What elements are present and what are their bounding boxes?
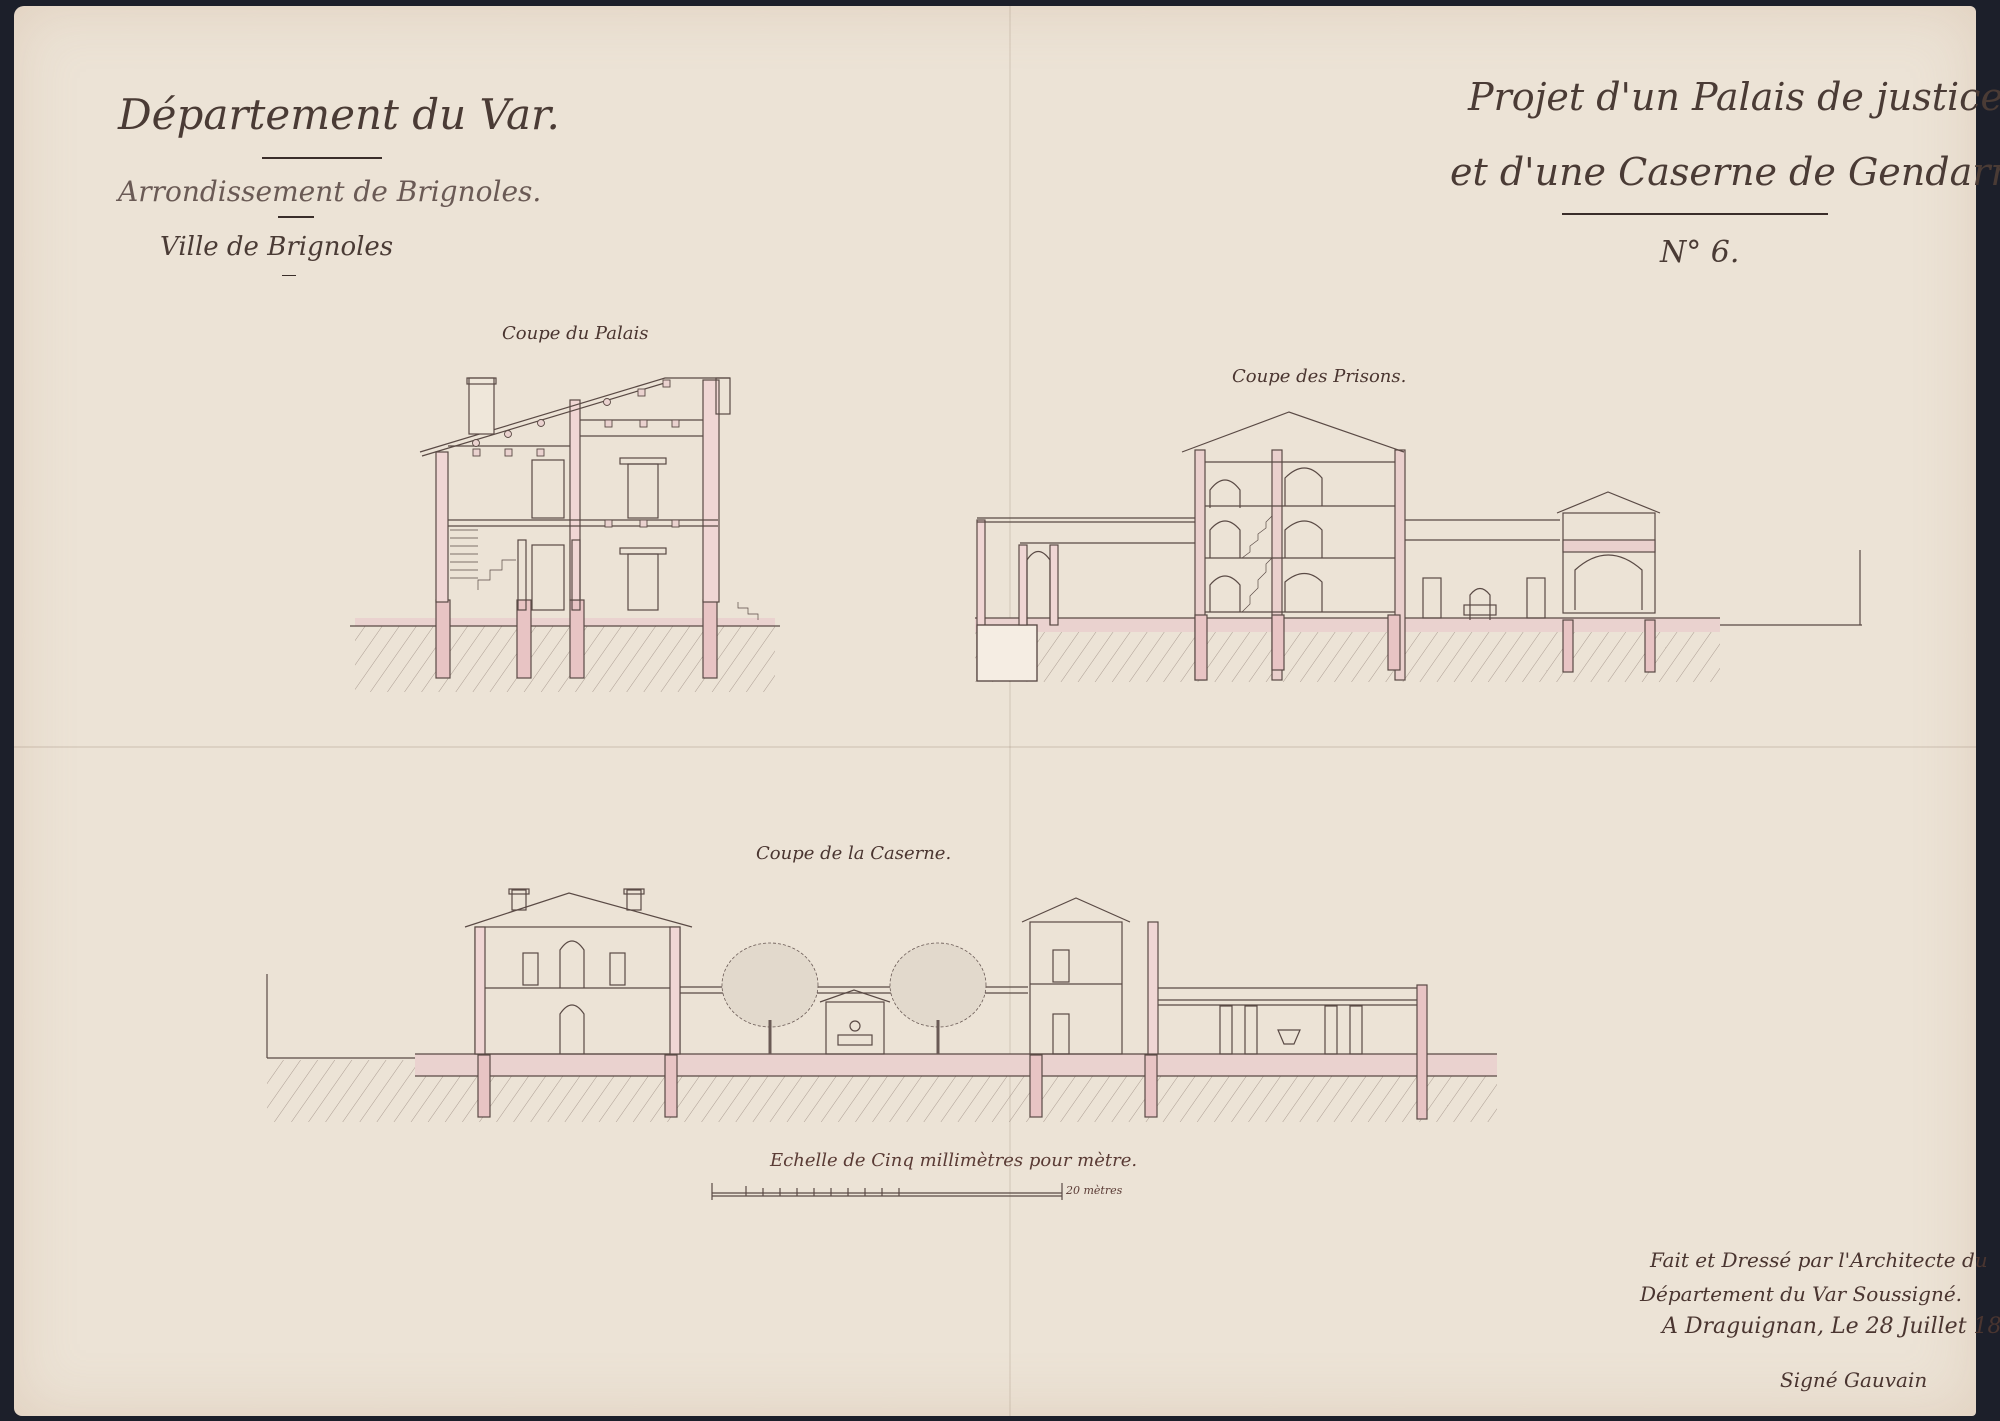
scale-title: Echelle de Cinq millimètres pour mètre. [770,1150,1137,1171]
signature-line3: A Draguignan, Le 28 Juillet 1833. [1662,1314,2000,1339]
signature-line4: Signé Gauvain [1780,1368,1927,1392]
caserne-section [267,889,1497,1122]
palais-section [350,378,780,692]
scale-end-label: 20 mètres [1066,1184,1122,1197]
scale-bar [712,1183,1062,1200]
signature-line2: Département du Var Soussigné. [1640,1282,1962,1306]
prisons-section [975,412,1862,682]
architectural-sections [0,0,2000,1421]
signature-line1: Fait et Dressé par l'Architecte du [1650,1248,1988,1272]
